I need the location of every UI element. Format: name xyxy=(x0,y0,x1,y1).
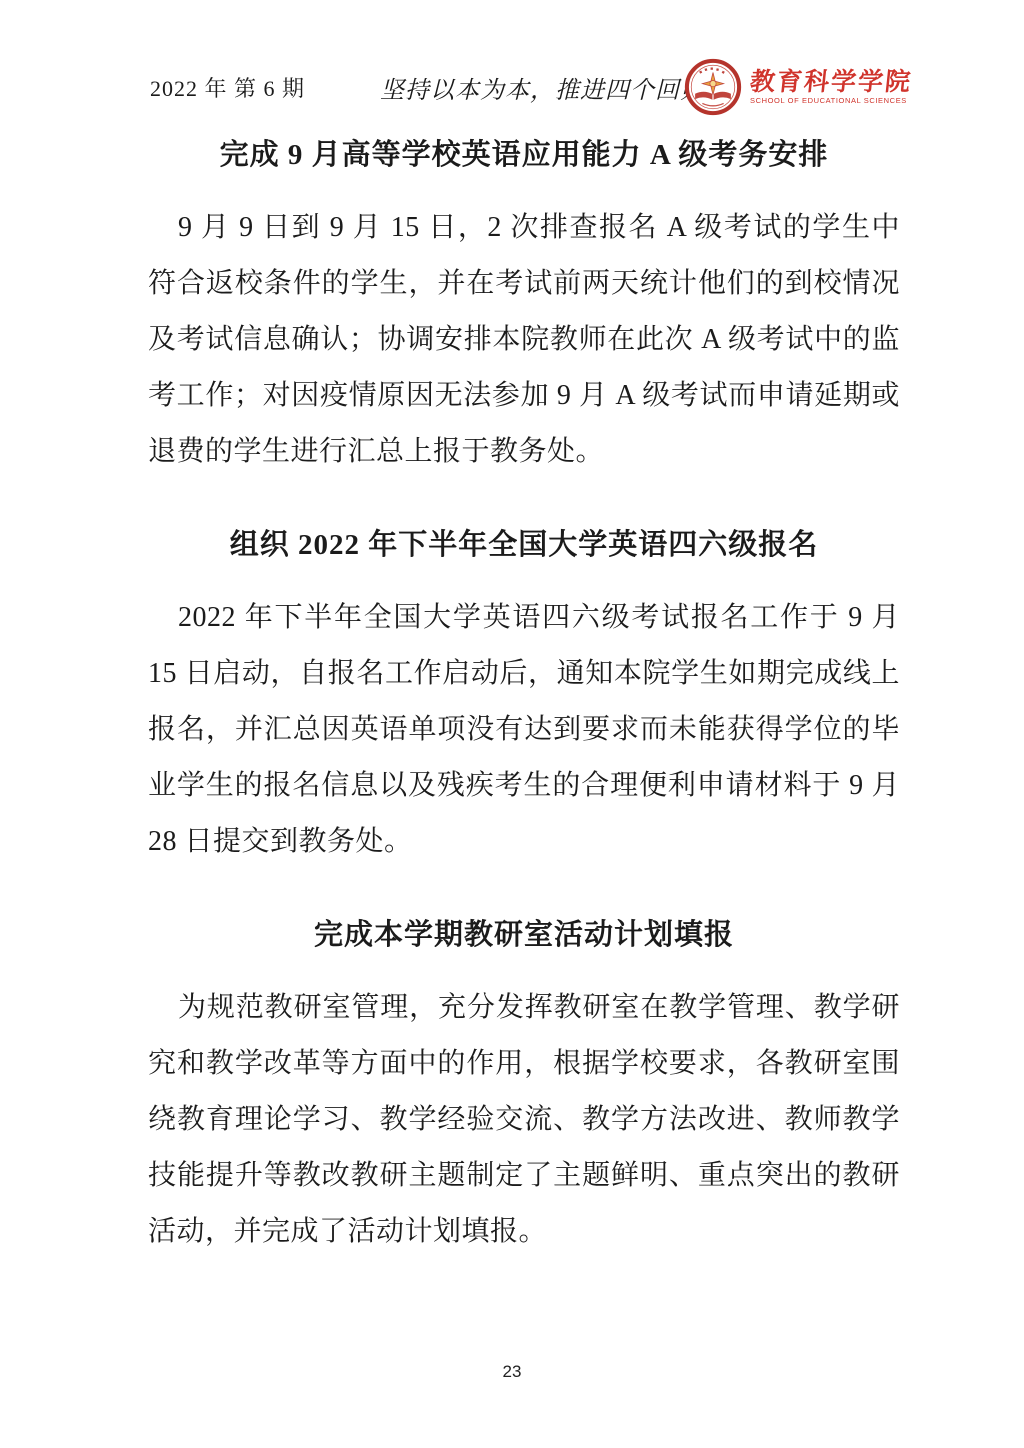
section-title: 完成本学期教研室活动计划填报 xyxy=(148,916,900,954)
section-a-level-exam: 完成 9 月高等学校英语应用能力 A 级考务安排 9 月 9 日到 9 月 15… xyxy=(148,136,900,480)
section-title: 完成 9 月高等学校英语应用能力 A 级考务安排 xyxy=(148,136,900,174)
header-slogan: 坚持以本为本，推进四个回归 xyxy=(365,70,720,105)
section-paragraph: 9 月 9 日到 9 月 15 日，2 次排查报名 A 级考试的学生中符合返校条… xyxy=(148,200,900,480)
logo-name-en: SCHOOL OF EDUCATIONAL SCIENCES xyxy=(750,96,907,105)
section-paragraph: 为规范教研室管理，充分发挥教研室在教学管理、教学研究和教学改革等方面中的作用，根… xyxy=(148,980,900,1260)
school-logo: 教育科学学院 SCHOOL OF EDUCATIONAL SCIENCES xyxy=(720,58,912,116)
document-body: 完成 9 月高等学校英语应用能力 A 级考务安排 9 月 9 日到 9 月 15… xyxy=(148,120,900,1260)
document-page: 2022 年 第 6 期 坚持以本为本，推进四个回归 xyxy=(0,0,1024,1448)
issue-label: 2022 年 第 6 期 xyxy=(150,72,365,103)
school-emblem-icon xyxy=(684,58,742,116)
section-title: 组织 2022 年下半年全国大学英语四六级报名 xyxy=(148,526,900,564)
page-header: 2022 年 第 6 期 坚持以本为本，推进四个回归 xyxy=(150,54,912,120)
logo-name-cn: 教育科学学院 xyxy=(749,69,914,97)
logo-text-block: 教育科学学院 SCHOOL OF EDUCATIONAL SCIENCES xyxy=(750,69,912,106)
section-cet-registration: 组织 2022 年下半年全国大学英语四六级报名 2022 年下半年全国大学英语四… xyxy=(148,526,900,870)
section-paragraph: 2022 年下半年全国大学英语四六级考试报名工作于 9 月 15 日启动，自报名… xyxy=(148,590,900,870)
section-teaching-research-plan: 完成本学期教研室活动计划填报 为规范教研室管理，充分发挥教研室在教学管理、教学研… xyxy=(148,916,900,1260)
page-footer: 23 xyxy=(0,1362,1024,1382)
page-number: 23 xyxy=(503,1362,522,1381)
